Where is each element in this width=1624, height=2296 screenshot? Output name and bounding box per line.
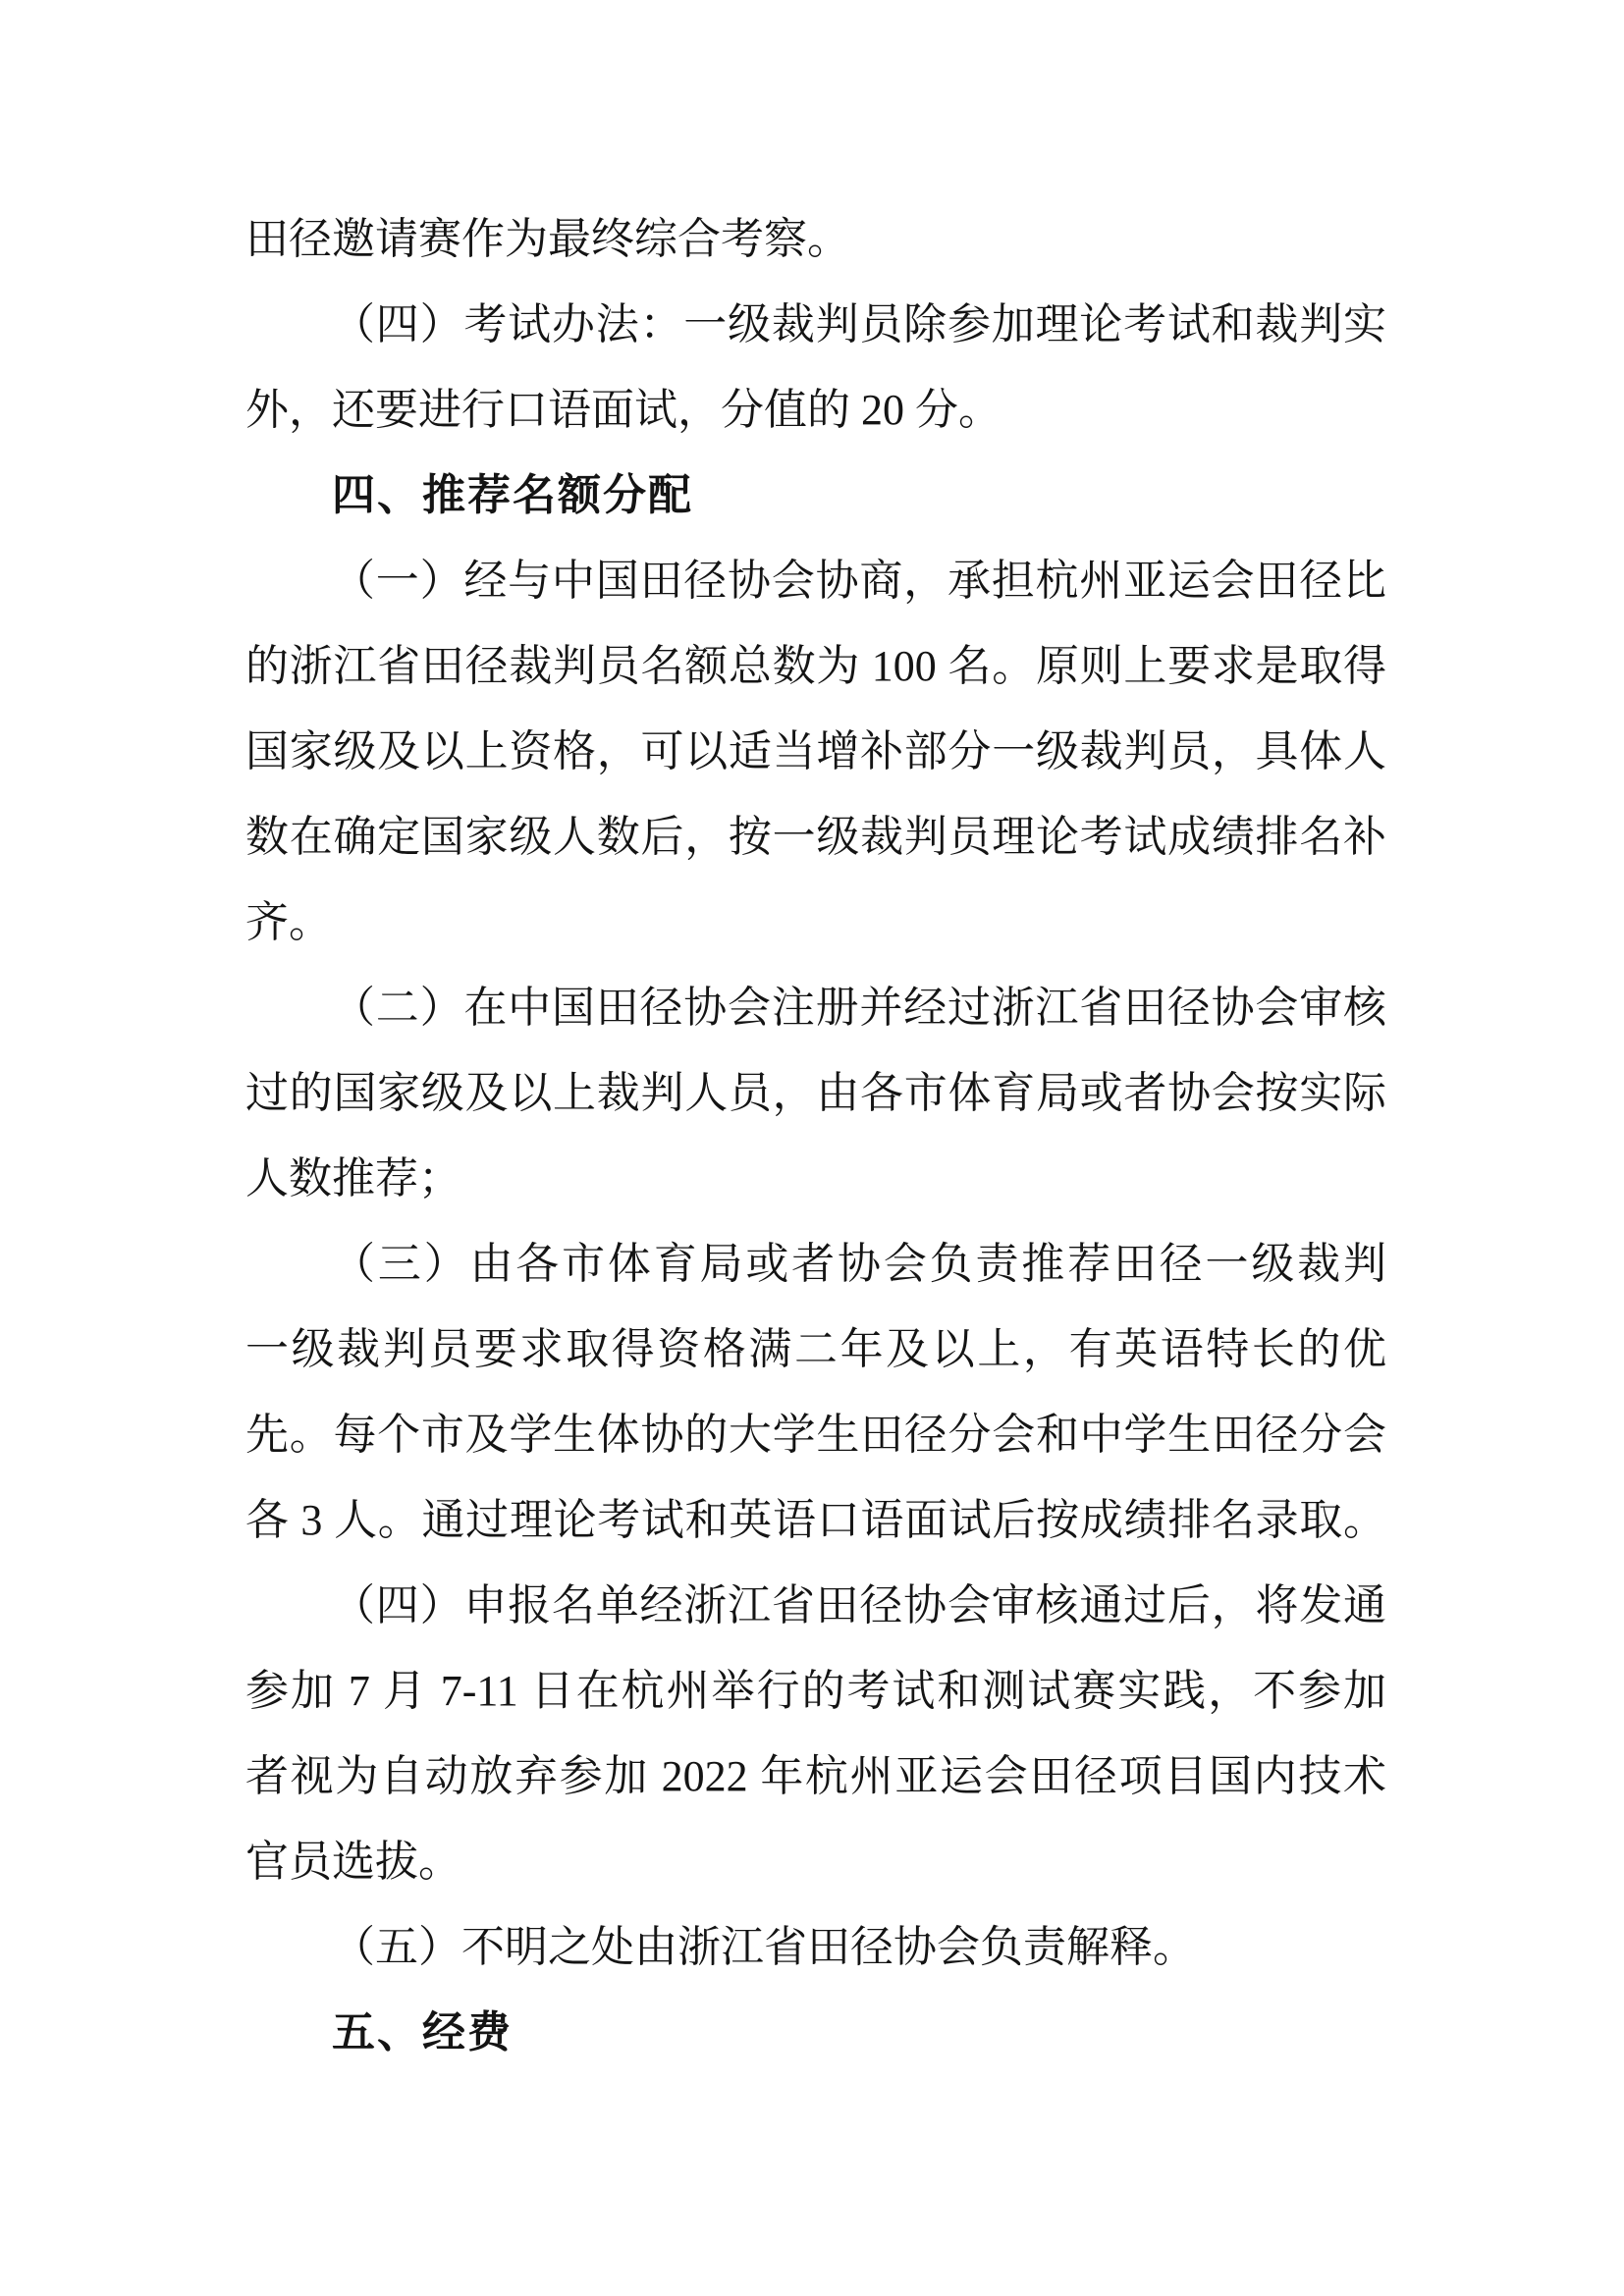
paragraph-line: （四）申报名单经浙江省田径协会审核通过后，将发通知 bbox=[245, 1563, 1386, 1648]
paragraph-line: 参加 7 月 7-11 日在杭州举行的考试和测试赛实践，不参加 bbox=[245, 1648, 1386, 1734]
paragraph-line: 人数推荐； bbox=[245, 1136, 1386, 1221]
paragraph-line: 国家级及以上资格，可以适当增补部分一级裁判员，具体人 bbox=[245, 709, 1386, 794]
paragraph-line: （一）经与中国田径协会协商，承担杭州亚运会田径比赛 bbox=[245, 538, 1386, 623]
paragraph-line: 数在确定国家级人数后，按一级裁判员理论考试成绩排名补 bbox=[245, 794, 1386, 880]
paragraph-line: 的浙江省田径裁判员名额总数为 100 名。原则上要求是取得 bbox=[245, 623, 1386, 709]
section-heading-5: 五、经费 bbox=[245, 1990, 1386, 2075]
paragraph-line: 者视为自动放弃参加 2022 年杭州亚运会田径项目国内技术 bbox=[245, 1734, 1386, 1819]
document-page: 田径邀请赛作为最终综合考察。 （四）考试办法：一级裁判员除参加理论考试和裁判实践… bbox=[0, 0, 1624, 2296]
paragraph-line: （五）不明之处由浙江省田径协会负责解释。 bbox=[245, 1904, 1386, 1990]
paragraph-line: 外，还要进行口语面试，分值的 20 分。 bbox=[245, 367, 1386, 453]
paragraph-line: （四）考试办法：一级裁判员除参加理论考试和裁判实践 bbox=[245, 282, 1386, 367]
paragraph-line: 先。每个市及学生体协的大学生田径分会和中学生田径分会 bbox=[245, 1392, 1386, 1477]
section-heading-4: 四、推荐名额分配 bbox=[245, 453, 1386, 538]
paragraph-line: 齐。 bbox=[245, 880, 1386, 965]
paragraph-line: 一级裁判员要求取得资格满二年及以上，有英语特长的优 bbox=[245, 1307, 1386, 1392]
paragraph-line: 官员选拔。 bbox=[245, 1819, 1386, 1904]
document-content: 田径邀请赛作为最终综合考察。 （四）考试办法：一级裁判员除参加理论考试和裁判实践… bbox=[245, 196, 1386, 2075]
paragraph-line: 各 3 人。通过理论考试和英语口语面试后按成绩排名录取。 bbox=[245, 1477, 1386, 1563]
paragraph-line: （二）在中国田径协会注册并经过浙江省田径协会审核通 bbox=[245, 965, 1386, 1050]
paragraph-line: 过的国家级及以上裁判人员，由各市体育局或者协会按实际 bbox=[245, 1050, 1386, 1136]
paragraph-line: （三）由各市体育局或者协会负责推荐田径一级裁判员， bbox=[245, 1221, 1386, 1307]
paragraph-continuation-line: 田径邀请赛作为最终综合考察。 bbox=[245, 196, 1386, 282]
